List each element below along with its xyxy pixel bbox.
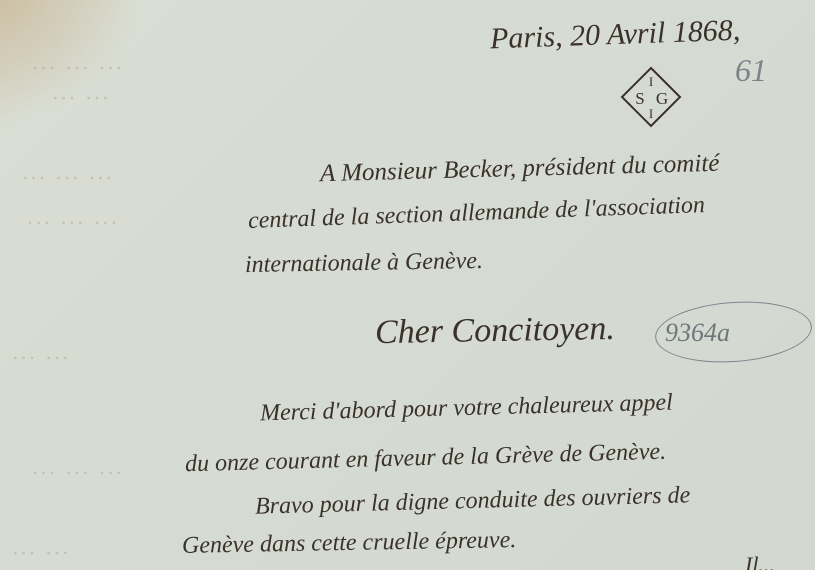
addressee-line-1: A Monsieur Becker, président du comité <box>320 150 720 188</box>
bleedthrough-text: ... ... <box>50 80 109 104</box>
archive-number: 9364a <box>665 318 730 348</box>
bleedthrough-text: ... ... ... <box>30 455 122 479</box>
date-line: Paris, 20 Avril 1868, <box>489 14 740 57</box>
salutation: Cher Concitoyen. <box>375 310 615 352</box>
svg-text:I: I <box>649 74 653 89</box>
bleedthrough-text: ... ... <box>10 535 69 559</box>
svg-text:I: I <box>649 106 653 121</box>
body-line-2: du onze courant en faveur de la Grève de… <box>185 439 667 479</box>
bleedthrough-text: ... ... <box>10 340 69 364</box>
bleedthrough-text: ... ... ... <box>25 205 117 229</box>
bleedthrough-text: ... ... ... <box>30 50 122 74</box>
svg-text:S: S <box>635 89 644 108</box>
addressee-line-2: central de la section allemande de l'ass… <box>248 192 706 235</box>
body-line-5: Il... <box>745 552 775 570</box>
bleedthrough-text: ... ... ... <box>20 160 112 184</box>
sig-stamp-icon: I S G I <box>620 66 682 128</box>
body-line-4: Genève dans cette cruelle épreuve. <box>182 527 517 560</box>
pencil-annotation: 61 <box>735 52 767 89</box>
addressee-line-3: internationale à Genève. <box>245 248 483 279</box>
svg-text:G: G <box>656 89 668 108</box>
body-line-1: Merci d'abord pour votre chaleureux appe… <box>260 390 673 428</box>
body-line-3: Bravo pour la digne conduite des ouvrier… <box>255 482 691 520</box>
letter-page: ... ... ... ... ... ... ... ... ... ... … <box>0 0 815 570</box>
